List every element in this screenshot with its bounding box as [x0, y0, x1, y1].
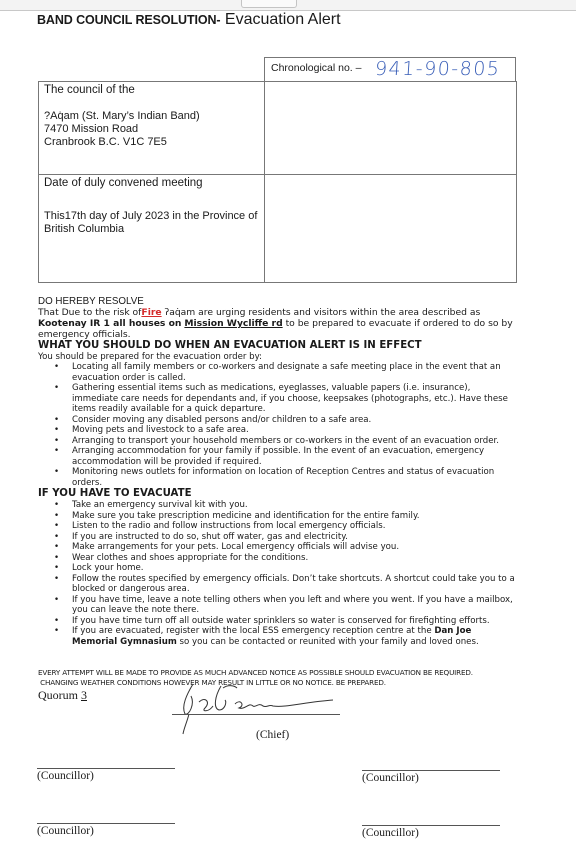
chronological-number-box: Chronological no. – 941-90-805 — [264, 57, 516, 81]
list-item: If you have time turn off all outside wa… — [72, 616, 518, 627]
chief-label: (Chief) — [256, 729, 289, 741]
list-item: Arranging to transport your household me… — [72, 436, 518, 447]
area-description: Kootenay IR 1 all houses on — [38, 318, 181, 329]
table-divider-horizontal — [39, 174, 516, 175]
list-item: If you are evacuated, register with the … — [72, 626, 518, 647]
viewer-top-bar — [0, 0, 576, 11]
header-table: The council of the ?Aq̇am (St. Mary’s In… — [38, 81, 517, 283]
meeting-cell: Date of duly convened meeting This17th d… — [44, 177, 257, 236]
alert-section-heading: WHAT YOU SHOULD DO WHEN AN EVACUATION AL… — [38, 340, 518, 352]
list-item: Moving pets and livestock to a safe area… — [72, 425, 518, 436]
council-heading: The council of the — [44, 84, 200, 97]
title-bold: BAND COUNCIL RESOLUTION- — [37, 13, 220, 27]
chronological-label: Chronological no. – — [271, 62, 361, 74]
document-title: BAND COUNCIL RESOLUTION- Evacuation Aler… — [37, 11, 341, 29]
list-item: Make arrangements for your pets. Local e… — [72, 542, 518, 553]
viewer-tab-handle[interactable] — [241, 0, 297, 8]
resolve-heading: DO HEREBY RESOLVE — [38, 296, 518, 307]
resolve-text: ʔaq̇am are urging residents and visitors… — [162, 307, 481, 318]
councillor-label: (Councillor) — [362, 772, 419, 784]
list-item: Monitoring news outlets for information … — [72, 467, 518, 488]
list-item: Make sure you take prescription medicine… — [72, 511, 518, 522]
list-item: Wear clothes and shoes appropriate for t… — [72, 553, 518, 564]
list-item: If you are instructed to do so, shut off… — [72, 532, 518, 543]
councillor-label: (Councillor) — [362, 827, 419, 839]
councillor-label: (Councillor) — [37, 770, 94, 782]
list-item: Consider moving any disabled persons and… — [72, 415, 518, 426]
chief-signature — [165, 676, 345, 736]
councillor-signature-line — [37, 768, 175, 769]
council-cell: The council of the ?Aq̇am (St. Mary’s In… — [44, 84, 200, 149]
list-item: Locating all family members or co-worker… — [72, 362, 518, 383]
list-item: Follow the routes specified by emergency… — [72, 574, 518, 595]
resolve-paragraph: That Due to the risk ofFire ʔaq̇am are u… — [38, 307, 518, 340]
quorum: Quorum 3 — [38, 688, 87, 703]
list-item-text: so you can be contacted or reunited with… — [177, 637, 479, 647]
list-item: Listen to the radio and follow instructi… — [72, 521, 518, 532]
list-item: Take an emergency survival kit with you. — [72, 500, 518, 511]
meeting-line: British Columbia — [44, 223, 257, 236]
resolve-text: That Due to the risk of — [38, 307, 141, 318]
hazard-type: Fire — [141, 307, 161, 318]
table-divider-vertical — [264, 82, 265, 282]
title-subject: Evacuation Alert — [220, 11, 340, 28]
councillor-label: (Councillor) — [37, 825, 94, 837]
meeting-heading: Date of duly convened meeting — [44, 177, 257, 190]
chief-signature-line — [172, 714, 340, 715]
alert-section-intro: You should be prepared for the evacuatio… — [38, 352, 518, 362]
resolution-body: DO HEREBY RESOLVE That Due to the risk o… — [38, 296, 518, 647]
list-item: If you have time, leave a note telling o… — [72, 595, 518, 616]
evacuate-list: Take an emergency survival kit with you.… — [38, 500, 518, 647]
councillor-signature-line — [362, 770, 500, 771]
road-name: Mission Wycliffe rd — [184, 318, 282, 329]
council-line: ?Aq̇am (St. Mary’s Indian Band) — [44, 110, 200, 123]
list-item-text: If you are evacuated, register with the … — [72, 626, 434, 636]
list-item: Gathering essential items such as medica… — [72, 383, 518, 415]
list-item: Arranging accommodation for your family … — [72, 446, 518, 467]
meeting-line: This17th day of July 2023 in the Provinc… — [44, 210, 257, 223]
chronological-value-handwritten: 941-90-805 — [374, 58, 501, 80]
councillor-signature-line — [362, 825, 500, 826]
councillor-signature-line — [37, 823, 175, 824]
council-line: 7470 Mission Road — [44, 123, 200, 136]
alert-list: Locating all family members or co-worker… — [38, 362, 518, 488]
quorum-value: 3 — [81, 688, 87, 702]
evacuate-section-heading: IF YOU HAVE TO EVACUATE — [38, 488, 518, 500]
quorum-label: Quorum — [38, 688, 81, 702]
list-item: Lock your home. — [72, 563, 518, 574]
council-line: Cranbrook B.C. V1C 7E5 — [44, 136, 200, 149]
